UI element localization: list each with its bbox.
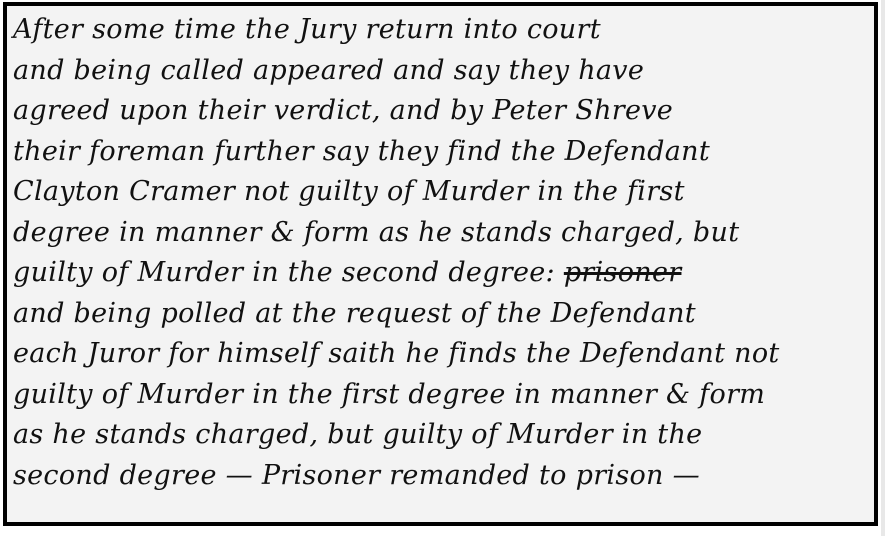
text-line-5: Clayton Cramer not guilty of Murder in t… — [13, 172, 875, 213]
text-line-3: agreed upon their verdict, and by Peter … — [13, 91, 875, 132]
text-line-7-main: guilty of Murder in the second degree: — [13, 257, 555, 288]
text-line-12: second degree — Prisoner remanded to pri… — [13, 456, 875, 497]
text-line-4: their foreman further say they find the … — [13, 132, 875, 173]
text-line-2: and being called appeared and say they h… — [13, 51, 875, 92]
scan-edge — [881, 0, 885, 536]
struck-out-word: prisoner — [564, 257, 682, 288]
text-line-1: After some time the Jury return into cou… — [13, 10, 875, 51]
handwritten-text-block: After some time the Jury return into cou… — [13, 10, 875, 496]
text-line-8: and being polled at the request of the D… — [13, 294, 875, 335]
text-line-9: each Juror for himself saith he finds th… — [13, 334, 875, 375]
text-line-11: as he stands charged, but guilty of Murd… — [13, 415, 875, 456]
text-line-6: degree in manner & form as he stands cha… — [13, 213, 875, 254]
document-page: After some time the Jury return into cou… — [3, 2, 878, 526]
text-line-7: guilty of Murder in the second degree: p… — [13, 253, 875, 294]
text-line-10: guilty of Murder in the first degree in … — [13, 375, 875, 416]
